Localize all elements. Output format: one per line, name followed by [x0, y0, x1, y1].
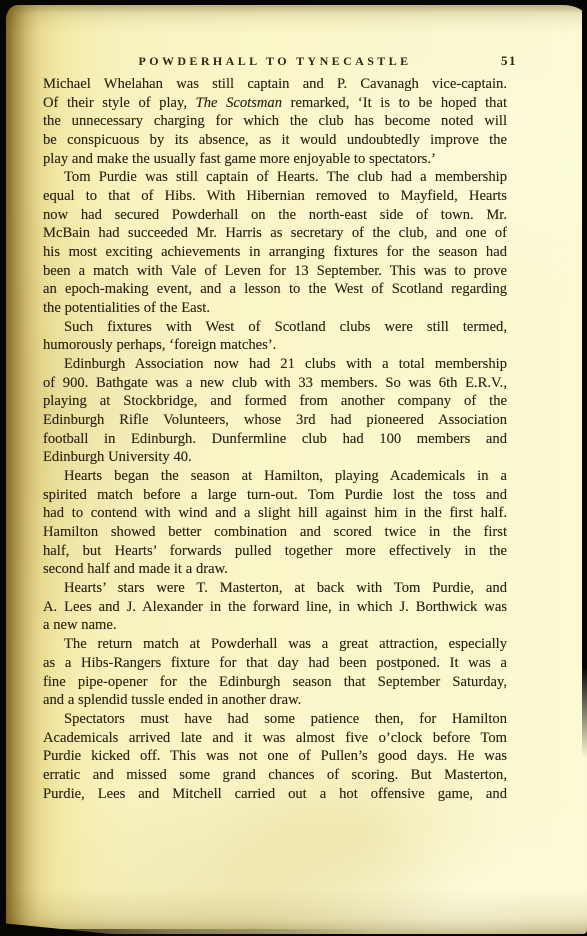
text-line: second half and made it a draw. [43, 560, 507, 579]
paragraph: The return match at Powderhall was a gre… [43, 635, 507, 710]
scanned-book-page: POWDERHALL TO TYNECASTLE 51 Michael Whel… [0, 0, 587, 936]
text-line: of 900. Bathgate was a new club with 33 … [43, 374, 507, 393]
text-line: and a splendid tussle ended in another d… [43, 691, 507, 710]
text-line: the unnecessary charging for which the c… [43, 112, 507, 131]
text-line: an epoch-making event, and a lesson to t… [43, 280, 507, 299]
text-line: playing at Stockbridge, and formed from … [43, 392, 507, 411]
text-line: as a Hibs-Rangers fixture for that day h… [43, 654, 507, 673]
chapter-title: POWDERHALL TO TYNECASTLE [139, 54, 412, 68]
text-line: fine pipe-opener for the Edinburgh seaso… [43, 673, 507, 692]
text-line: McBain had succeeded Mr. Harris as secre… [43, 224, 507, 243]
text-line: Hamilton showed better combination and s… [43, 523, 507, 542]
text-line: Michael Whelahan was still captain and P… [43, 75, 507, 94]
text-line: The return match at Powderhall was a gre… [43, 635, 507, 654]
text-line: had to contend with wind and a slight hi… [43, 504, 507, 523]
text-line: humorously perhaps, ‘foreign matches’. [43, 336, 507, 355]
text-line: Edinburgh Rifle Volunteers, whose 3rd ha… [43, 411, 507, 430]
text-line: Hearts’ stars were T. Masterton, at back… [43, 579, 507, 598]
paragraph: Such fixtures with West of Scotland club… [43, 318, 507, 355]
text-line: A. Lees and J. Alexander in the forward … [43, 598, 507, 617]
paragraph: Hearts began the season at Hamilton, pla… [43, 467, 507, 579]
text-line: Spectators must have had some patience t… [43, 710, 507, 729]
text-line: Tom Purdie was still captain of Hearts. … [43, 168, 507, 187]
paragraph: Michael Whelahan was still captain and P… [43, 75, 507, 168]
text-line: half, but Hearts’ forwards pulled togeth… [43, 542, 507, 561]
text-line: spirited match before a large turn-out. … [43, 486, 507, 505]
text-line: play and make the usually fast game more… [43, 150, 507, 169]
paragraph: Tom Purdie was still captain of Hearts. … [43, 168, 507, 317]
text-line: the potentialities of the East. [43, 299, 507, 318]
body-text: Michael Whelahan was still captain and P… [43, 75, 507, 803]
text-line: his most exciting achievements in arrang… [43, 243, 507, 262]
text-line: football in Edinburgh. Dunfermline club … [43, 430, 507, 449]
text-line: Purdie, Lees and Mitchell carried out a … [43, 785, 507, 804]
text-line: be conspicuous by its absence, as it wou… [43, 131, 507, 150]
text-line: now had secured Powderhall on the north-… [43, 206, 507, 225]
text-line: equal to that of Hibs. With Hibernian re… [43, 187, 507, 206]
text-line: Hearts began the season at Hamilton, pla… [43, 467, 507, 486]
text-line: Edinburgh Association now had 21 clubs w… [43, 355, 507, 374]
text-line: Of their style of play, The Scotsman rem… [43, 94, 507, 113]
text-line: Purdie kicked off. This was not one of P… [43, 747, 507, 766]
text-line: Edinburgh University 40. [43, 448, 507, 467]
running-head: POWDERHALL TO TYNECASTLE 51 [43, 53, 507, 69]
paragraph: Edinburgh Association now had 21 clubs w… [43, 355, 507, 467]
text-line: Academicals arrived late and it was almo… [43, 729, 507, 748]
paragraph: Spectators must have had some patience t… [43, 710, 507, 803]
book-page: POWDERHALL TO TYNECASTLE 51 Michael Whel… [6, 5, 587, 934]
text-line: erratic and missed some grand chances of… [43, 766, 507, 785]
text-line: a new name. [43, 616, 507, 635]
text-line: Such fixtures with West of Scotland club… [43, 318, 507, 337]
scan-edge-right [582, 0, 587, 758]
text-line: been a match with Vale of Leven for 13 S… [43, 262, 507, 281]
page-number: 51 [501, 53, 517, 69]
paragraph: Hearts’ stars were T. Masterton, at back… [43, 579, 507, 635]
